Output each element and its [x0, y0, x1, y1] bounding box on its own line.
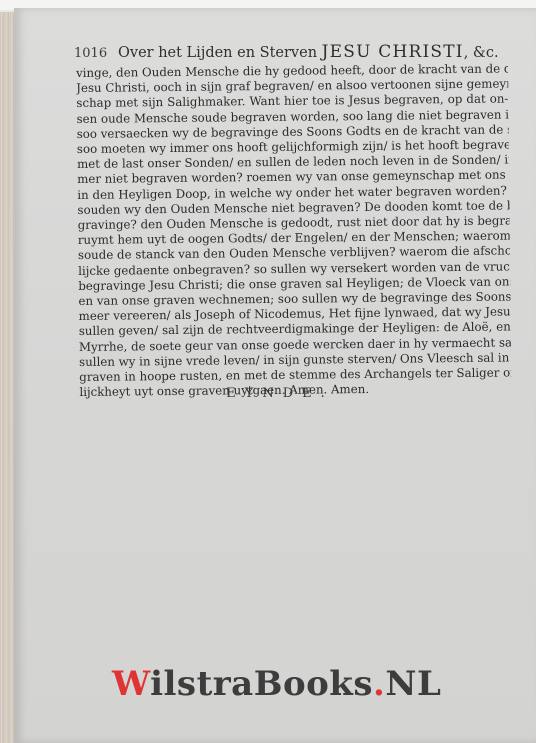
- watermark-name: ilstraBooks: [150, 664, 373, 704]
- watermark-initial: W: [112, 664, 150, 704]
- title-suffix: , &c.: [464, 45, 499, 61]
- body-text: vinge, den Ouden Mensche die hy gedood h…: [76, 61, 511, 400]
- running-header: 1016 Over het Lijden en Sterven JESU CHR…: [74, 40, 514, 64]
- page-number: 1016: [74, 46, 107, 61]
- watermark-dot: .: [373, 664, 385, 704]
- watermark-tld: NL: [385, 664, 441, 704]
- finis-heading: EYNDE.: [0, 386, 536, 401]
- watermark-logo: WilstraBooks.NL: [112, 664, 441, 704]
- title-caps: JESU CHRISTI: [322, 42, 464, 62]
- title-prefix: Over het Lijden en Sterven: [118, 45, 322, 61]
- running-title: Over het Lijden en Sterven JESU CHRISTI,…: [118, 42, 499, 62]
